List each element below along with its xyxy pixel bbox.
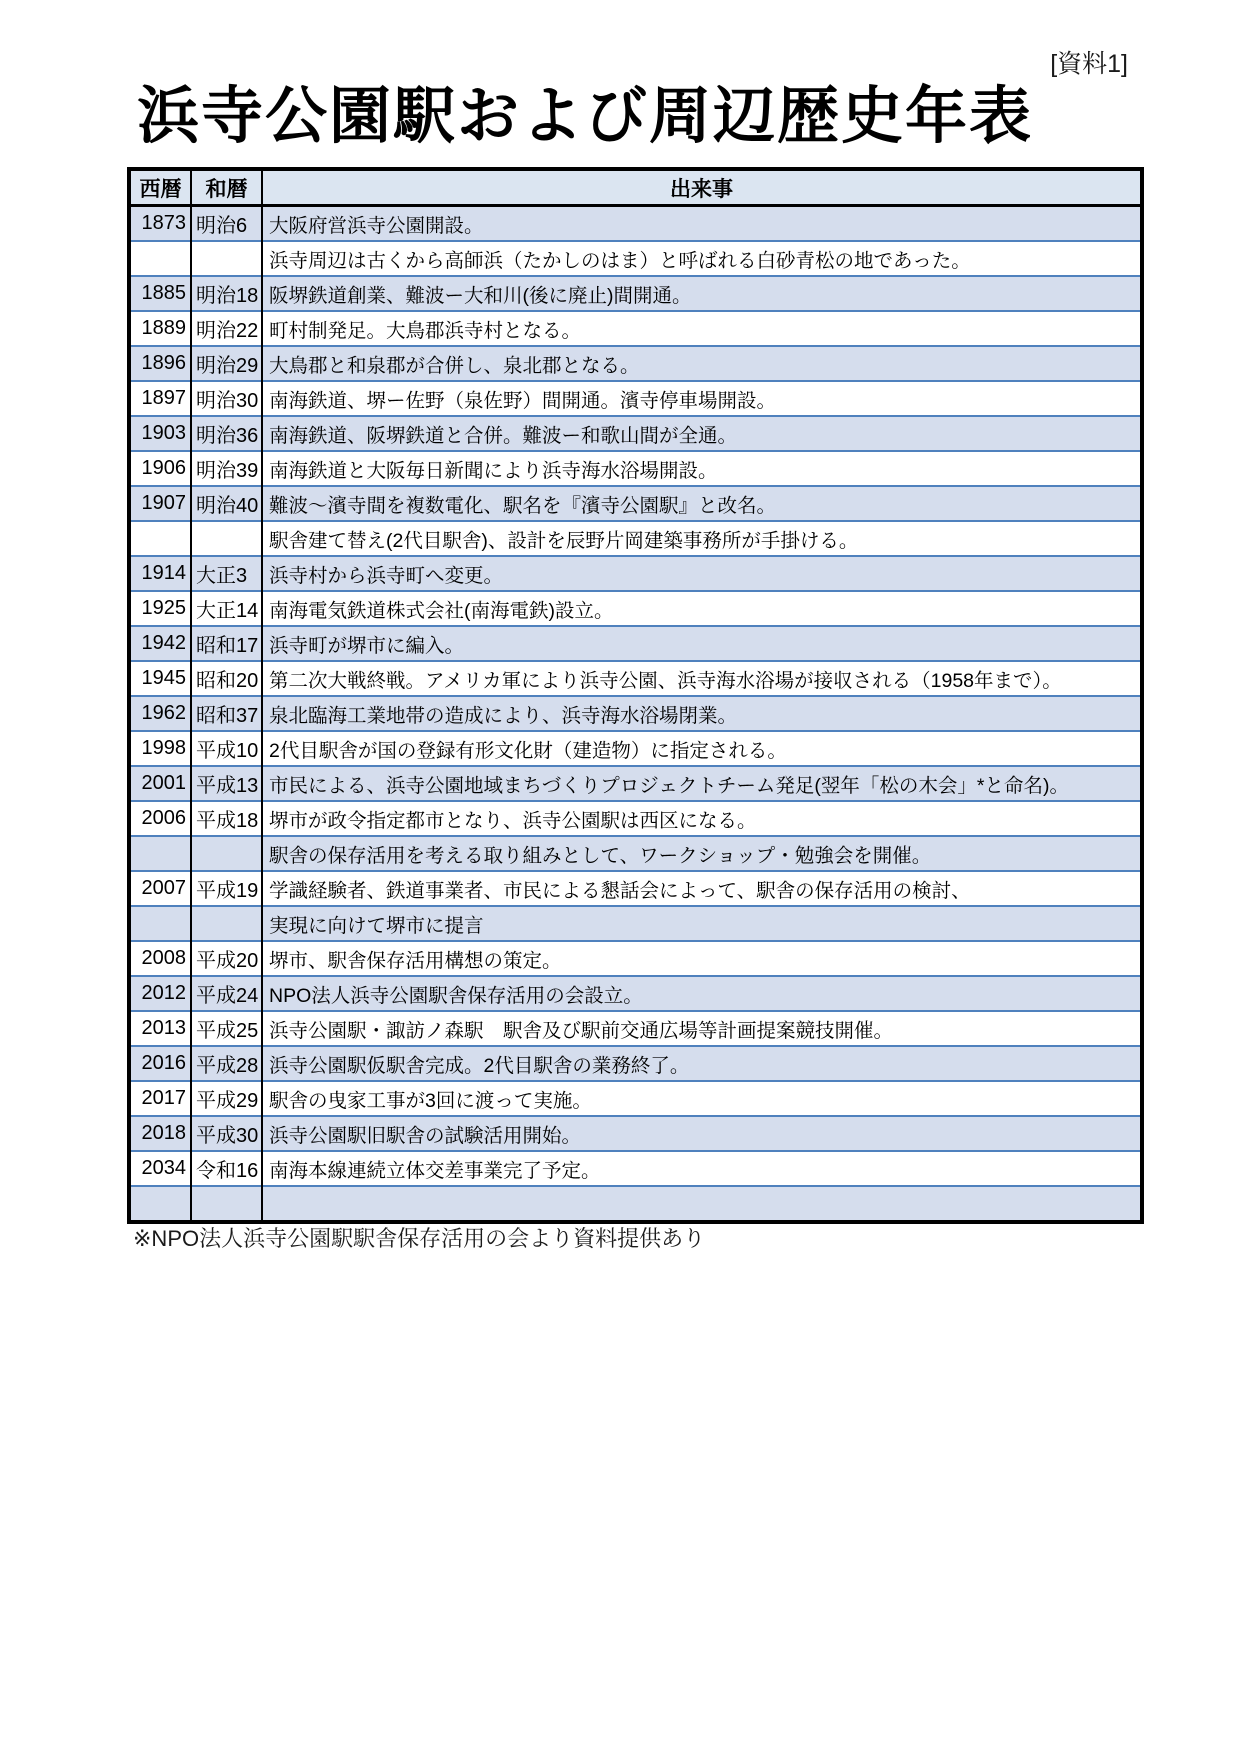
table-row: 1907 明治40 難波～濱寺間を複数電化、駅名を『濱寺公園駅』と改名。 (129, 486, 1142, 521)
col-header-japanese-era: 和暦 (191, 169, 262, 206)
year-cell: 1873 (129, 206, 191, 242)
year-cell: 1906 (129, 451, 191, 486)
year-cell: 1914 (129, 556, 191, 591)
year-cell: 2012 (129, 976, 191, 1011)
era-cell: 明治39 (191, 451, 262, 486)
table-row: 1885 明治18 阪堺鉄道創業、難波ー大和川(後に廃止)間開通。 (129, 276, 1142, 311)
table-row: 2001 平成13 市民による、浜寺公園地域まちづくりプロジェクトチーム発足(翌… (129, 766, 1142, 801)
event-cell: 浜寺周辺は古くから高師浜（たかしのはま）と呼ばれる白砂青松の地であった。 (262, 241, 1142, 276)
table-row: 1914 大正3 浜寺村から浜寺町へ変更。 (129, 556, 1142, 591)
year-cell: 1885 (129, 276, 191, 311)
era-cell: 平成10 (191, 731, 262, 766)
year-cell (129, 906, 191, 941)
era-cell: 大正14 (191, 591, 262, 626)
table-row: 1906 明治39 南海鉄道と大阪毎日新聞により浜寺海水浴場開設。 (129, 451, 1142, 486)
year-cell: 2013 (129, 1011, 191, 1046)
event-cell: 大鳥郡と和泉郡が合併し、泉北郡となる。 (262, 346, 1142, 381)
history-table-body: 1873 明治6 大阪府営浜寺公園開設。 浜寺周辺は古くから高師浜（たかしのはま… (129, 206, 1142, 1223)
table-row: 2012 平成24 NPO法人浜寺公園駅舎保存活用の会設立。 (129, 976, 1142, 1011)
event-cell: 浜寺公園駅・諏訪ノ森駅 駅舎及び駅前交通広場等計画提案競技開催。 (262, 1011, 1142, 1046)
page-title: 浜寺公園駅および周辺歴史年表 (40, 66, 1130, 155)
event-cell (262, 1186, 1142, 1222)
year-cell: 1903 (129, 416, 191, 451)
era-cell: 大正3 (191, 556, 262, 591)
event-cell: 駅舎の保存活用を考える取り組みとして、ワークショップ・勉強会を開催。 (262, 836, 1142, 871)
table-row: 駅舎建て替え(2代目駅舎)、設計を辰野片岡建築事務所が手掛ける。 (129, 521, 1142, 556)
table-row: 2007 平成19 学識経験者、鉄道事業者、市民による懇話会によって、駅舎の保存… (129, 871, 1142, 906)
era-cell: 明治6 (191, 206, 262, 242)
event-cell: 堺市が政令指定都市となり、浜寺公園駅は西区になる。 (262, 801, 1142, 836)
event-cell: 市民による、浜寺公園地域まちづくりプロジェクトチーム発足(翌年「松の木会」*と命… (262, 766, 1142, 801)
table-row: 1945 昭和20 第二次大戦終戦。アメリカ軍により浜寺公園、浜寺海水浴場が接収… (129, 661, 1142, 696)
history-table: 西暦 和暦 出来事 1873 明治6 大阪府営浜寺公園開設。 浜寺周辺は古くから… (127, 167, 1144, 1224)
year-cell (129, 836, 191, 871)
event-cell: 第二次大戦終戦。アメリカ軍により浜寺公園、浜寺海水浴場が接収される（1958年ま… (262, 661, 1142, 696)
event-cell: 浜寺公園駅仮駅舎完成。2代目駅舎の業務終了。 (262, 1046, 1142, 1081)
era-cell: 明治18 (191, 276, 262, 311)
era-cell: 平成24 (191, 976, 262, 1011)
year-cell: 2018 (129, 1116, 191, 1151)
event-cell: 南海鉄道、堺ー佐野（泉佐野）間開通。濱寺停車場開設。 (262, 381, 1142, 416)
era-cell: 平成13 (191, 766, 262, 801)
document-page: [資料1] 浜寺公園駅および周辺歴史年表 西暦 和暦 出来事 1873 明治6 … (0, 0, 1241, 1755)
col-header-event: 出来事 (262, 169, 1142, 206)
year-cell: 1945 (129, 661, 191, 696)
table-row: 2018 平成30 浜寺公園駅旧駅舎の試験活用開始。 (129, 1116, 1142, 1151)
table-row: 1889 明治22 町村制発足。大鳥郡浜寺村となる。 (129, 311, 1142, 346)
event-cell: 町村制発足。大鳥郡浜寺村となる。 (262, 311, 1142, 346)
table-row: 1942 昭和17 浜寺町が堺市に編入。 (129, 626, 1142, 661)
table-row: 1896 明治29 大鳥郡と和泉郡が合併し、泉北郡となる。 (129, 346, 1142, 381)
era-cell: 平成18 (191, 801, 262, 836)
era-cell: 令和16 (191, 1151, 262, 1186)
era-cell: 明治40 (191, 486, 262, 521)
era-cell: 明治29 (191, 346, 262, 381)
table-row: 2034 令和16 南海本線連続立体交差事業完了予定。 (129, 1151, 1142, 1186)
table-row: 2013 平成25 浜寺公園駅・諏訪ノ森駅 駅舎及び駅前交通広場等計画提案競技開… (129, 1011, 1142, 1046)
era-cell: 平成29 (191, 1081, 262, 1116)
event-cell: 堺市、駅舎保存活用構想の策定。 (262, 941, 1142, 976)
era-cell: 昭和20 (191, 661, 262, 696)
event-cell: 駅舎建て替え(2代目駅舎)、設計を辰野片岡建築事務所が手掛ける。 (262, 521, 1142, 556)
event-cell: 学識経験者、鉄道事業者、市民による懇話会によって、駅舎の保存活用の検討、 (262, 871, 1142, 906)
table-row: 浜寺周辺は古くから高師浜（たかしのはま）と呼ばれる白砂青松の地であった。 (129, 241, 1142, 276)
era-cell: 平成19 (191, 871, 262, 906)
year-cell: 2017 (129, 1081, 191, 1116)
year-cell: 1962 (129, 696, 191, 731)
header-row: 西暦 和暦 出来事 (129, 169, 1142, 206)
year-cell: 1942 (129, 626, 191, 661)
era-cell: 平成25 (191, 1011, 262, 1046)
year-cell: 2016 (129, 1046, 191, 1081)
year-cell (129, 521, 191, 556)
footnote: ※NPO法人浜寺公園駅駅舎保存活用の会より資料提供あり (133, 1222, 705, 1253)
era-cell: 平成28 (191, 1046, 262, 1081)
event-cell: 浜寺村から浜寺町へ変更。 (262, 556, 1142, 591)
event-cell: 駅舎の曳家工事が3回に渡って実施。 (262, 1081, 1142, 1116)
table-row: 2017 平成29 駅舎の曳家工事が3回に渡って実施。 (129, 1081, 1142, 1116)
table-row: 駅舎の保存活用を考える取り組みとして、ワークショップ・勉強会を開催。 (129, 836, 1142, 871)
table-row: 実現に向けて堺市に提言 (129, 906, 1142, 941)
era-cell (191, 521, 262, 556)
col-header-western-year: 西暦 (129, 169, 191, 206)
era-cell: 昭和17 (191, 626, 262, 661)
year-cell: 2006 (129, 801, 191, 836)
era-cell (191, 241, 262, 276)
table-row (129, 1186, 1142, 1222)
table-row: 1962 昭和37 泉北臨海工業地帯の造成により、浜寺海水浴場閉業。 (129, 696, 1142, 731)
era-cell (191, 906, 262, 941)
event-cell: 浜寺公園駅旧駅舎の試験活用開始。 (262, 1116, 1142, 1151)
year-cell: 2034 (129, 1151, 191, 1186)
table-row: 2016 平成28 浜寺公園駅仮駅舎完成。2代目駅舎の業務終了。 (129, 1046, 1142, 1081)
era-cell: 昭和37 (191, 696, 262, 731)
event-cell: 南海鉄道と大阪毎日新聞により浜寺海水浴場開設。 (262, 451, 1142, 486)
year-cell: 2001 (129, 766, 191, 801)
era-cell: 明治36 (191, 416, 262, 451)
table-row: 1925 大正14 南海電気鉄道株式会社(南海電鉄)設立。 (129, 591, 1142, 626)
era-cell: 明治30 (191, 381, 262, 416)
event-cell: 2代目駅舎が国の登録有形文化財（建造物）に指定される。 (262, 731, 1142, 766)
table-row: 1873 明治6 大阪府営浜寺公園開設。 (129, 206, 1142, 242)
event-cell: 南海本線連続立体交差事業完了予定。 (262, 1151, 1142, 1186)
event-cell: 泉北臨海工業地帯の造成により、浜寺海水浴場閉業。 (262, 696, 1142, 731)
year-cell: 1889 (129, 311, 191, 346)
event-cell: 南海鉄道、阪堺鉄道と合併。難波ー和歌山間が全通。 (262, 416, 1142, 451)
table-row: 1998 平成10 2代目駅舎が国の登録有形文化財（建造物）に指定される。 (129, 731, 1142, 766)
year-cell: 1896 (129, 346, 191, 381)
table-row: 2006 平成18 堺市が政令指定都市となり、浜寺公園駅は西区になる。 (129, 801, 1142, 836)
year-cell: 2007 (129, 871, 191, 906)
year-cell: 1897 (129, 381, 191, 416)
event-cell: 大阪府営浜寺公園開設。 (262, 206, 1142, 242)
year-cell (129, 241, 191, 276)
table-row: 1903 明治36 南海鉄道、阪堺鉄道と合併。難波ー和歌山間が全通。 (129, 416, 1142, 451)
event-cell: NPO法人浜寺公園駅舎保存活用の会設立。 (262, 976, 1142, 1011)
year-cell: 2008 (129, 941, 191, 976)
table-row: 2008 平成20 堺市、駅舎保存活用構想の策定。 (129, 941, 1142, 976)
year-cell: 1907 (129, 486, 191, 521)
table-row: 1897 明治30 南海鉄道、堺ー佐野（泉佐野）間開通。濱寺停車場開設。 (129, 381, 1142, 416)
event-cell: 難波～濱寺間を複数電化、駅名を『濱寺公園駅』と改名。 (262, 486, 1142, 521)
era-cell (191, 836, 262, 871)
year-cell: 1998 (129, 731, 191, 766)
era-cell (191, 1186, 262, 1222)
era-cell: 平成20 (191, 941, 262, 976)
era-cell: 平成30 (191, 1116, 262, 1151)
year-cell (129, 1186, 191, 1222)
event-cell: 阪堺鉄道創業、難波ー大和川(後に廃止)間開通。 (262, 276, 1142, 311)
event-cell: 南海電気鉄道株式会社(南海電鉄)設立。 (262, 591, 1142, 626)
event-cell: 実現に向けて堺市に提言 (262, 906, 1142, 941)
year-cell: 1925 (129, 591, 191, 626)
history-table-header: 西暦 和暦 出来事 (129, 169, 1142, 206)
era-cell: 明治22 (191, 311, 262, 346)
event-cell: 浜寺町が堺市に編入。 (262, 626, 1142, 661)
